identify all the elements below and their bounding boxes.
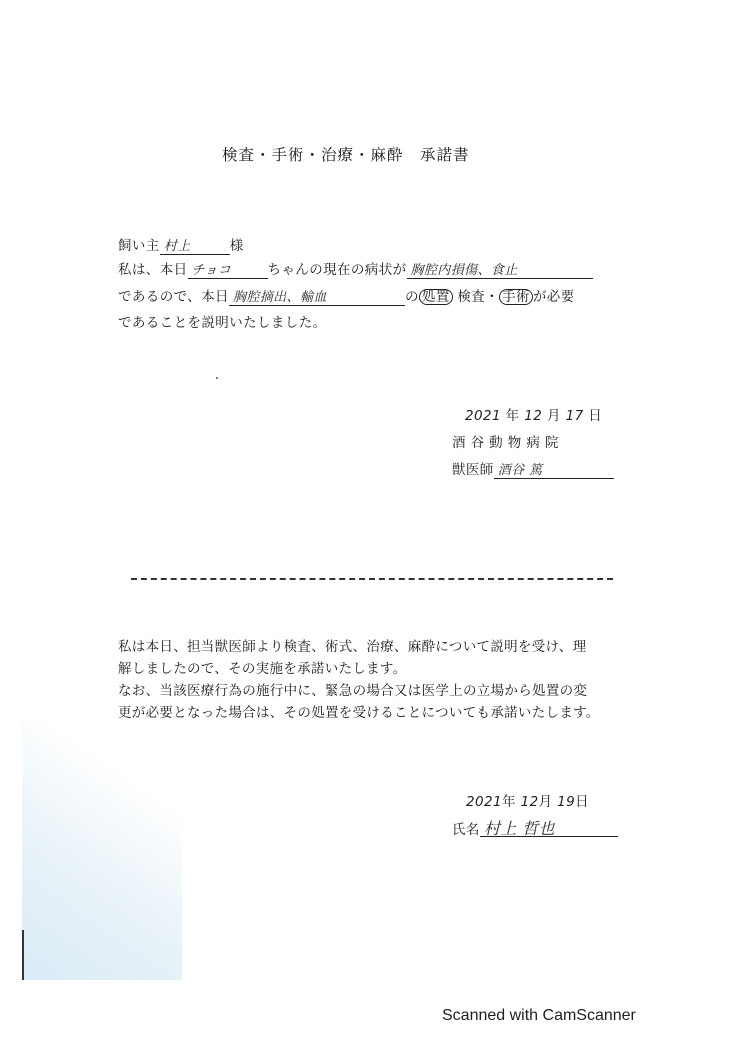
consent-date-day: 19	[557, 794, 575, 810]
option-treatment-circled: 処置	[419, 289, 453, 305]
procedure-field: 胸腔摘出、輸血	[229, 291, 405, 306]
scan-speck	[216, 377, 218, 379]
line1-prefix: 私は、本日	[118, 262, 188, 278]
pet-name-field: チョコ	[188, 264, 268, 279]
consent-date-month-label: 月	[539, 794, 553, 810]
option-surgery-circled: 手術	[499, 289, 533, 305]
consent-date-year: 2021	[466, 794, 502, 810]
vet-date-day-label: 日	[588, 408, 602, 424]
vet-signature-line: 獣医師酒谷 篤	[452, 458, 614, 479]
hospital-name: 酒 谷 動 物 病 院	[452, 431, 559, 451]
owner-name-field: 村上	[160, 240, 230, 255]
owner-signature-line: 氏名村上 哲也	[452, 818, 618, 838]
consent-line-4: 更が必要となった場合は、その処置を受けることについても承諾いたします。	[118, 702, 638, 724]
consent-date-day-label: 日	[575, 794, 589, 810]
condition-field: 胸腔内損傷、食止	[407, 264, 593, 279]
owner-consent-date: 2021年 12月 19日	[466, 790, 589, 810]
condition-line: 私は、本日チョコちゃんの現在の病状が胸腔内損傷、食止	[118, 258, 593, 279]
vet-date-month: 12	[524, 408, 542, 424]
vet-signature-field: 酒谷 篤	[494, 464, 614, 479]
line2-suffix: が必要	[533, 289, 575, 305]
vet-date-day: 17	[566, 408, 584, 424]
consent-date-year-label: 年	[502, 794, 516, 810]
vet-label: 獣医師	[452, 462, 494, 478]
paper-shadow-tint	[22, 720, 182, 980]
document-title: 検査・手術・治療・麻酔 承諾書	[222, 143, 470, 165]
line2-no: の	[405, 289, 419, 305]
vet-date-year-label: 年	[506, 408, 520, 424]
cut-line-divider	[131, 578, 613, 580]
line2-prefix: であるので、本日	[118, 289, 229, 305]
explanation-end-line: であることを説明いたしました。	[118, 311, 327, 331]
line1-middle: ちゃんの現在の病状が	[268, 262, 407, 278]
owner-line: 飼い主村上様	[118, 234, 244, 255]
consent-line-1: 私は本日、担当獣医師より検査、術式、治療、麻酔について説明を受け、理	[118, 636, 638, 658]
owner-suffix: 様	[230, 238, 244, 254]
vet-date-year: 2021	[465, 408, 501, 424]
consent-paragraph: 私は本日、担当獣医師より検査、術式、治療、麻酔について説明を受け、理 解しました…	[118, 636, 638, 724]
vet-date-month-label: 月	[547, 408, 561, 424]
owner-signature-field: 村上 哲也	[480, 822, 618, 837]
vet-date: 2021 年 12 月 17 日	[465, 404, 602, 424]
line2-exam: 検査・	[457, 289, 499, 305]
paper-edge	[22, 930, 24, 980]
consent-date-month: 12	[521, 794, 539, 810]
owner-label: 飼い主	[118, 238, 160, 254]
name-label: 氏名	[452, 822, 480, 838]
camscanner-watermark: Scanned with CamScanner	[442, 1007, 636, 1025]
procedure-line: であるので、本日胸腔摘出、輸血の処置 検査・手術が必要	[118, 285, 575, 306]
consent-line-2: 解しましたので、その実施を承諾いたします。	[118, 658, 638, 680]
consent-line-3: なお、当該医療行為の施行中に、緊急の場合又は医学上の立場から処置の変	[118, 680, 638, 702]
